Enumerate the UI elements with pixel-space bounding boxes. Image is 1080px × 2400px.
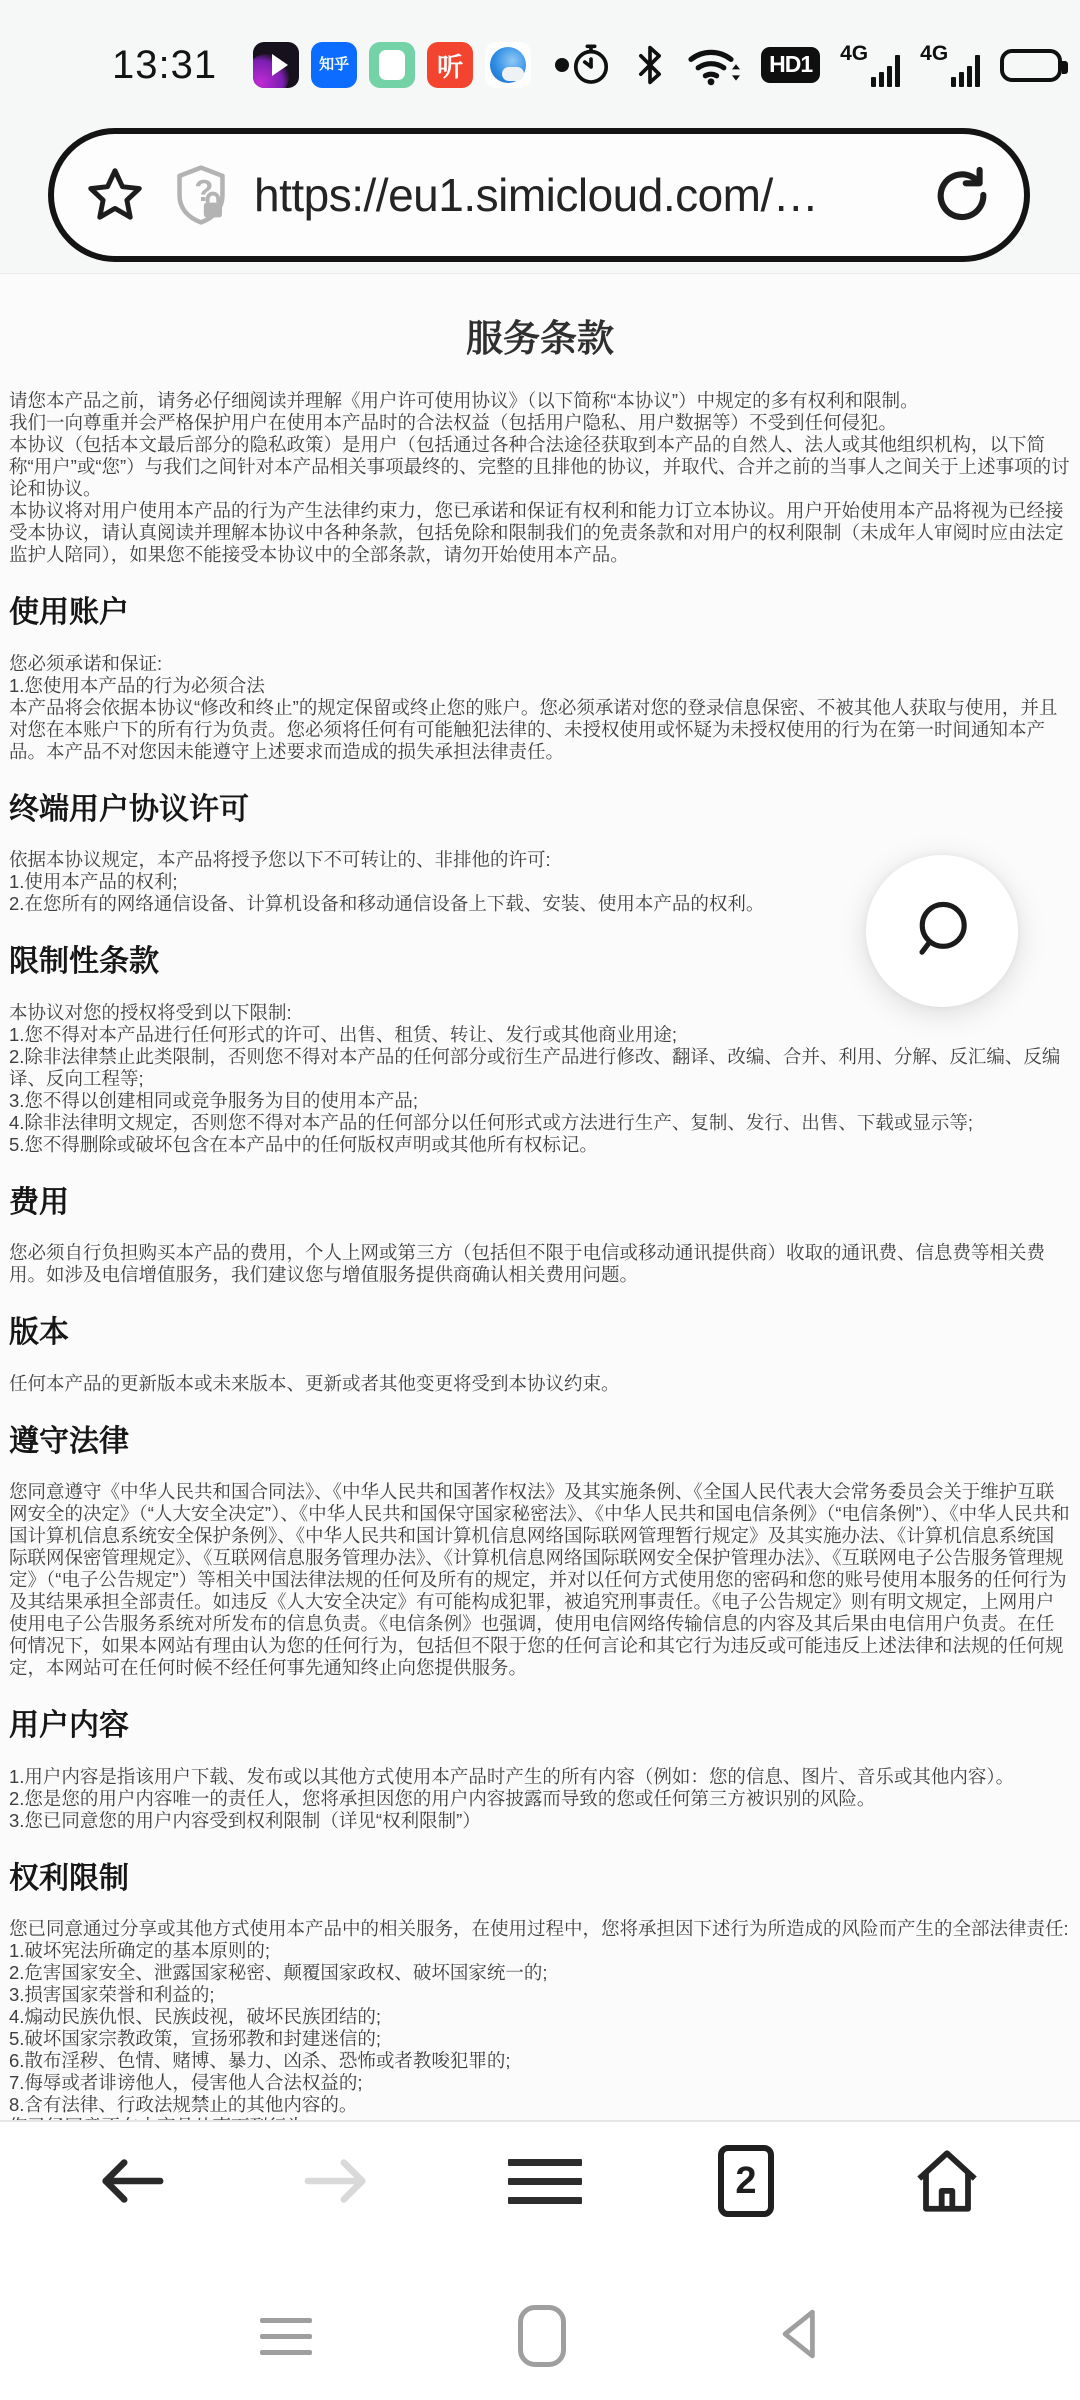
- address-bar[interactable]: ? https://eu1.simicloud.com/…: [48, 128, 1030, 262]
- home-nav-button[interactable]: [518, 2305, 566, 2367]
- terms-paragraph: 您必须承诺和保证:: [9, 653, 1071, 675]
- section-heading: 终端用户协议许可: [9, 793, 1071, 828]
- terms-paragraph: 您已同意通过分享或其他方式使用本产品中的相关服务，在使用过程中，您将承担因下述行…: [9, 1918, 1071, 1940]
- terms-paragraph: 2.除非法律禁止此类限制，否则您不得对本产品的任何部分或衍生产品进行修改、翻译、…: [9, 1046, 1071, 1090]
- signal-sim1-icon: 4G: [840, 43, 900, 87]
- terms-paragraph: 3.损害国家荣誉和利益的;: [9, 1984, 1071, 2006]
- search-icon: [903, 890, 981, 973]
- terms-paragraph: 本协议对您的授权将受到以下限制:: [9, 1002, 1071, 1024]
- terms-paragraph: 1.用户内容是指该用户下载、发布或以其他方式使用本产品时产生的所有内容（例如：您…: [9, 1766, 1071, 1788]
- signal-sim2-icon: 4G: [920, 43, 980, 87]
- forward-button[interactable]: [302, 2153, 372, 2209]
- url-text[interactable]: https://eu1.simicloud.com/…: [254, 168, 912, 222]
- terms-paragraph: 本产品将会依据本协议“修改和终止”的规定保留或终止您的账户。您必须承诺对您的登录…: [9, 697, 1071, 763]
- terms-paragraph: 您同意遵守《中华人民共和国合同法》、《中华人民共和国著作权法》及其实施条例、《全…: [9, 1481, 1071, 1679]
- alarm-icon: [569, 43, 613, 87]
- terms-paragraph: 2.您是您的用户内容唯一的责任人，您将承担因您的用户内容披露而导致的您或任何第三…: [9, 1788, 1071, 1810]
- terms-paragraph: 5.破坏国家宗教政策，宣扬邪教和封建迷信的;: [9, 2028, 1071, 2050]
- section-heading: 版本: [9, 1316, 1071, 1351]
- terms-paragraph: 4.煽动民族仇恨、民族歧视，破坏民族团结的;: [9, 2006, 1071, 2028]
- terms-paragraph: 1.破坏宪法所确定的基本原则的;: [9, 1940, 1071, 1962]
- terms-paragraph: 1.您不得对本产品进行任何形式的许可、出售、租赁、转让、发行或其他商业用途;: [9, 1024, 1071, 1046]
- clock: 13:31: [112, 43, 217, 88]
- terms-paragraph: 您必须自行负担购买本产品的费用，个人上网或第三方（包括但不限于电信或移动通讯提供…: [9, 1242, 1071, 1286]
- terms-paragraph: 4.除非法律明文规定，否则您不得对本产品的任何部分以任何形式或方法进行生产、复制…: [9, 1112, 1071, 1134]
- section-heading: 使用账户: [9, 596, 1071, 631]
- page-scroll-area[interactable]: 服务条款 请您本产品之前，请务必仔细阅读并理解《用户许可使用协议》（以下简称“本…: [0, 273, 1080, 2122]
- menu-button[interactable]: [508, 2159, 582, 2204]
- browser-app-icon: [485, 42, 531, 88]
- bluetooth-icon: [633, 43, 667, 87]
- notes-app-icon: [369, 42, 415, 88]
- terms-paragraph: 8.含有法律、行政法规禁止的其他内容的。: [9, 2094, 1071, 2116]
- search-fab[interactable]: [866, 855, 1018, 1007]
- back-nav-button[interactable]: [772, 2303, 820, 2370]
- section-heading: 费用: [9, 1186, 1071, 1221]
- notification-icons: 知乎 听: [253, 42, 569, 88]
- site-security-shield-icon[interactable]: ?: [172, 164, 230, 226]
- browser-toolbar: 2: [0, 2126, 1080, 2236]
- tabs-button[interactable]: 2: [718, 2145, 774, 2217]
- terms-paragraph: 1.您使用本产品的行为必须合法: [9, 675, 1071, 697]
- terms-paragraph: 5.您不得删除或破坏包含在本产品中的任何版权声明或其他所有权标记。: [9, 1134, 1071, 1156]
- section-heading: 权利限制: [9, 1862, 1071, 1897]
- system-navigation-bar: [0, 2294, 1080, 2378]
- terms-paragraph: 2.危害国家安全、泄露国家秘密、颠覆国家政权、破坏国家统一的;: [9, 1962, 1071, 1984]
- zhihu-app-icon: 知乎: [311, 42, 357, 88]
- wifi-icon: [687, 43, 741, 87]
- status-bar: 13:31 知乎 听: [0, 0, 1080, 116]
- terms-paragraph: 3.您已同意您的用户内容受到权利限制（详见“权利限制”）: [9, 1810, 1071, 1832]
- terms-paragraph: 请您本产品之前，请务必仔细阅读并理解《用户许可使用协议》（以下简称“本协议”）中…: [9, 390, 1071, 412]
- back-button[interactable]: [96, 2153, 166, 2209]
- page-title: 服务条款: [9, 308, 1071, 362]
- system-status-icons: HD1 4G 4G: [569, 43, 1064, 87]
- listen-app-icon: 听: [427, 42, 473, 88]
- reload-button[interactable]: [930, 163, 994, 227]
- terms-paragraph: 我们一向尊重并会严格保护用户在使用本产品时的合法权益（包括用户隐私、用户数据等）…: [9, 412, 1071, 434]
- terms-body: 请您本产品之前，请务必仔细阅读并理解《用户许可使用协议》（以下简称“本协议”）中…: [9, 390, 1071, 2122]
- terms-paragraph: 本协议（包括本文最后部分的隐私政策）是用户（包括通过各种合法途径获取到本产品的自…: [9, 434, 1071, 500]
- terms-paragraph: 3.您不得以创建相同或竞争服务为目的使用本产品;: [9, 1090, 1071, 1112]
- recents-button[interactable]: [260, 2318, 312, 2355]
- section-heading: 用户内容: [9, 1709, 1071, 1744]
- more-notifications-dot: [555, 58, 569, 72]
- terms-paragraph: 6.散布淫秽、色情、赌博、暴力、凶杀、恐怖或者教唆犯罪的;: [9, 2050, 1071, 2072]
- address-bar-row: ? https://eu1.simicloud.com/…: [0, 120, 1080, 272]
- hd-voice-badge: HD1: [761, 47, 820, 83]
- bookmark-star-icon[interactable]: [84, 164, 146, 226]
- terms-paragraph: 本协议将对用户使用本产品的行为产生法律约束力，您已承诺和保证有权利和能力订立本协…: [9, 500, 1071, 566]
- tab-count: 2: [735, 2160, 756, 2203]
- battery-icon: [1000, 49, 1062, 82]
- video-app-icon: [253, 42, 299, 88]
- terms-paragraph: 7.侮辱或者诽谤他人，侵害他人合法权益的;: [9, 2072, 1071, 2094]
- section-heading: 遵守法律: [9, 1425, 1071, 1460]
- terms-paragraph: 任何本产品的更新版本或未来版本、更新或者其他变更将受到本协议约束。: [9, 1373, 1071, 1395]
- home-button[interactable]: [910, 2146, 984, 2216]
